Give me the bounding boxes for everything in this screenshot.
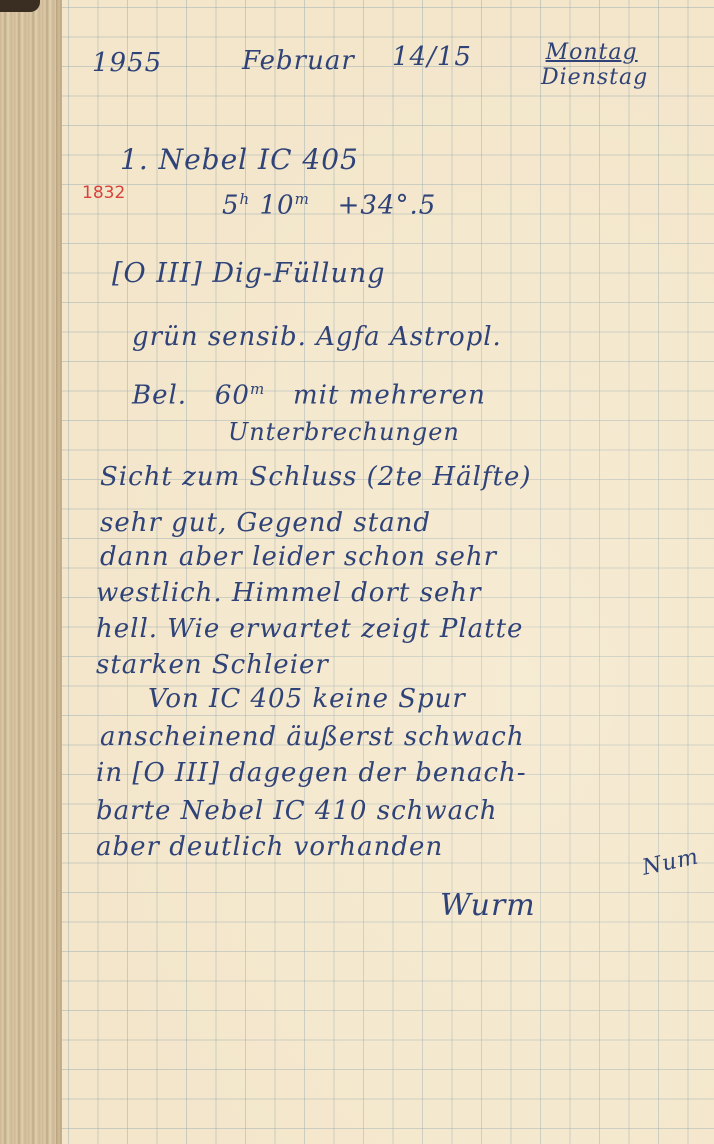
filter-line: [O III] Dig-Füllung <box>112 258 386 289</box>
exposure-suffix: mit mehreren <box>293 381 486 411</box>
note-line: sehr gut, Gegend stand <box>100 508 431 538</box>
note-line: in [O III] dagegen der benach- <box>96 758 527 788</box>
ra-minutes-unit: m <box>295 190 310 208</box>
ra-hours-unit: h <box>240 190 251 208</box>
ra-minutes: 10 <box>259 191 294 221</box>
note-line: starken Schleier <box>96 650 329 680</box>
note-line: Von IC 405 keine Spur <box>148 684 466 714</box>
note-line: hell. Wie erwartet zeigt Platte <box>96 614 523 644</box>
note-line: westlich. Himmel dort sehr <box>96 578 482 608</box>
note-line: barte Nebel IC 410 schwach <box>96 796 497 826</box>
book-cover-corner <box>0 0 40 12</box>
exposure-prefix: Bel. <box>132 381 187 411</box>
signature: Wurm <box>440 888 536 923</box>
note-line: Sicht zum Schluss (2te Hälfte) <box>100 462 532 492</box>
note-line: anscheinend äußerst schwach <box>100 722 525 752</box>
header-year: 1955 <box>92 48 162 78</box>
weekday-tuesday: Dienstag <box>541 65 648 90</box>
declination: +34°.5 <box>338 191 437 221</box>
page-stack-edge <box>0 0 62 1144</box>
note-line: dann aber leider schon sehr <box>100 542 497 572</box>
header-month: Februar <box>242 46 355 76</box>
weekday-monday: Montag <box>535 40 648 65</box>
exposure-line: Bel. 60m mit mehreren <box>132 380 486 411</box>
plate-line: grün sensib. Agfa Astropl. <box>132 322 502 352</box>
exposure-value: 60 <box>215 381 250 411</box>
note-line: aber deutlich vorhanden <box>96 832 443 862</box>
exposure-unit: m <box>250 380 265 398</box>
coordinates: 5h 10m +34°.5 <box>222 190 436 221</box>
header-days: 14/15 <box>392 42 472 72</box>
header-weekdays: Montag Dienstag <box>535 40 648 90</box>
object-line: 1. Nebel IC 405 <box>120 143 359 176</box>
ra-hours: 5 <box>222 191 240 221</box>
exposure-line-2: Unterbrechungen <box>228 418 460 446</box>
margin-annotation: 1832 <box>82 183 125 203</box>
